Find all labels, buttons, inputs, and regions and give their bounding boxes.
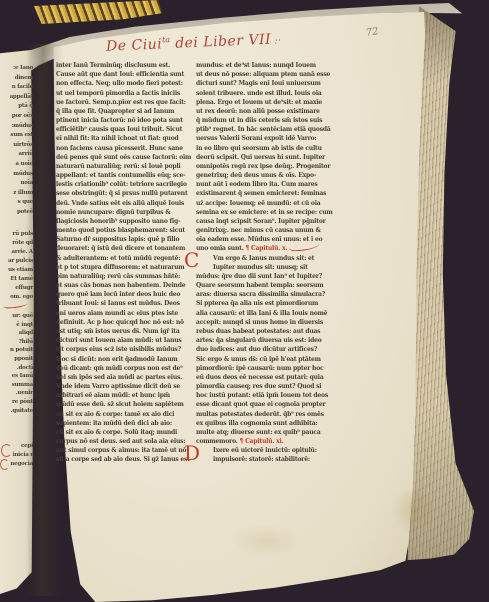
text-line: Si ppterea q̄a alia uis est pīmordiorum xyxy=(196,299,340,308)
text-line: uno omīa sunt. ¶ Capitulū. x. xyxy=(196,244,340,253)
text-line: corpus nō est deus. sed aut sola aīa eiu… xyxy=(56,437,196,446)
fragment-line: rōte qd xyxy=(0,239,33,248)
fragment-line: re pōnt xyxy=(0,398,33,407)
text-line: ut uel temporū pīmordia a factis iniciis xyxy=(56,89,196,98)
text-line: deorū scīpsit. Qui uersus hi sunt. Iupit… xyxy=(196,153,340,162)
fragment-line: ur: quē xyxy=(0,312,33,321)
text-line: enī ueros aīam mundi ac eius ptes iste xyxy=(56,309,196,318)
fragment-line: cepi xyxy=(0,442,33,451)
fragment-line: om. ego xyxy=(0,293,33,302)
text-line: Saturno dr̄ suppositus lapis: quē p fili… xyxy=(56,235,196,244)
text-line: inter Ianū Terminūq; disclusum est. xyxy=(56,61,196,70)
text-line: pīmordia causeq; res due sunt? Quod si xyxy=(196,382,340,391)
chapter-rubric: ¶ Capitulū. xi. xyxy=(240,438,284,445)
text-line: eū duos deos eē necesse est putari: quia xyxy=(196,373,340,382)
text-line: plena. Ergo et Iouem ut de⁹sit: et maxīe xyxy=(196,98,340,107)
text-line: aut simul corpus & aīmus: ita tamē ut nō xyxy=(56,446,196,455)
text-line: solent tribuere. unde est illud. Iouis o… xyxy=(196,89,340,98)
text-line: est utiq; sm̄ istos uerus ds̄. Num igr̄ … xyxy=(56,327,196,336)
text-line: dicturi sunt? Magis enī Ioui uniuersum xyxy=(196,79,340,88)
text-line: flagiciosis honorib⁹ supposito uano fig- xyxy=(56,217,196,226)
text-line: mūdus: q̄re duo dii sunt Ian⁹ et Iupiter… xyxy=(196,272,340,281)
fragment-line: aliqd xyxy=(0,329,33,338)
text-line: naturarū naturaliūq; rerū: si Iouē popli xyxy=(56,162,196,171)
fragment-line: uirtrōs xyxy=(0,141,33,151)
fragment-line: mūdus: xyxy=(0,122,33,132)
text-line: Cause aūt que dant Ioui: efficientia sun… xyxy=(56,70,196,79)
text-line: Sic ergo & unus ds̄: cū ipē h'eat ptātem xyxy=(196,355,340,364)
fragment-line: es Ianū xyxy=(0,372,33,381)
fragment-line: noīa xyxy=(0,179,33,189)
page-stain xyxy=(232,524,302,558)
text-line: tribuant Ioui: si Ianus est mūdus. Deos xyxy=(56,299,196,308)
text-line: ptib⁹ regnet. In hāc sentēciam etiā quos… xyxy=(196,125,340,134)
rubricated-initial-d: D xyxy=(184,444,200,462)
fragment-line: pponit xyxy=(0,355,33,364)
text-line: esse dicant quot quae ei cognoīa propter xyxy=(196,400,340,409)
book-photo: e Iano:dinemn facileappellātptā q̄por oē… xyxy=(0,0,489,602)
text-line: cū sit ex aīo & corpe. Solū itaq; mundi xyxy=(56,428,196,437)
text-line: lestis crīationib⁹ colūt: tetriore sacri… xyxy=(56,180,196,189)
fragment-line: uenir. xyxy=(0,389,33,398)
text-line: in eo libro qui seorsum ab istis de cult… xyxy=(196,144,340,153)
text-line: non faciens causa pīcesserit. Hunc sane xyxy=(56,144,196,153)
text-line: multe atq; diuerse sunt: ex quib⁹ pauca xyxy=(196,428,340,437)
fragment-line: mūdus xyxy=(0,170,33,180)
text-line: pīmordiorū: ipē causarū: num ppter hoc xyxy=(196,364,340,373)
text-line: genetrixq; deū deus unus & oīs. Expo- xyxy=(196,171,340,180)
text-line: eī nihil fit: ita nihil īchoat ut fiat: … xyxy=(56,134,196,143)
text-line: deū. Vnde satius eēt eis aliū aliquē Io… xyxy=(56,199,196,208)
text-line: accepit: nunqd si unus homo in diuersis xyxy=(196,318,340,327)
text-line: arbitrari eē aīam mūdi: et hunc ipm̄ xyxy=(56,391,196,400)
fragment-group: ur: quēē inqtaliqdhilū?n potuitpponitdoc… xyxy=(0,312,34,415)
text-line: efficiētib⁹ causis quas Ioui tribuit. Si… xyxy=(56,125,196,134)
text-line: ptinent inicia factorū: nō ideo pota sun… xyxy=(56,116,196,125)
fragment-line: summa xyxy=(0,381,33,390)
text-line: duo iudices: aut duo dicūtur artifices? xyxy=(196,345,340,354)
red-flourish xyxy=(289,244,319,252)
fragment-line: effugr xyxy=(0,284,33,293)
fragment-line: us etiam xyxy=(0,266,33,275)
text-line: nomīe nuncupare: dignū turpibus & xyxy=(56,208,196,217)
text-column-left: inter Ianū Terminūq; disclusum est.Cause… xyxy=(56,61,196,465)
text-segment: uno omīa sunt. xyxy=(196,245,245,252)
text-line: ue factorū. Semp.n.pīor est res que faci… xyxy=(56,98,196,107)
headband xyxy=(34,0,162,24)
text-line: mundus: et de⁹st Ianus: nunqd Iouem xyxy=(196,61,340,70)
fragment-line: e Iano: xyxy=(0,64,33,74)
header-title-flourish: :· xyxy=(271,36,282,46)
text-line: causa inqt scīpsit Soran⁹. Iupiter pḡni… xyxy=(196,217,340,226)
text-line: genitrixq;. nec minus cū causa unum & xyxy=(196,226,340,235)
text-line: Quare seorsum habent templa: seorsum xyxy=(196,281,340,290)
fragment-line: arrie. A xyxy=(0,248,33,257)
text-line: q̄ mūdum ut in diis ceteris sm̄ istos su… xyxy=(196,116,340,125)
text-line: sit corpus eius scz̄ iste uisibilis mūdu… xyxy=(56,345,196,354)
chapter-rubric: ¶ Capitulū. x. xyxy=(245,245,287,252)
text-line: Hoc si dicūt: non erit q̄admodū Ianum xyxy=(56,355,196,364)
text-line: et suas cās bonas non habentem. Deinde xyxy=(56,281,196,290)
text-line: dicturi sunt Iouem aīam mūdi: ut Ianus xyxy=(56,336,196,345)
text-line: omnipotēs regū rex ipse deūq;. Progenito… xyxy=(196,162,340,171)
fragment-line: quitate. xyxy=(0,407,33,416)
text-line: impulsorē: statorē: stabilitorē: xyxy=(196,455,340,464)
folio-number: 72 xyxy=(365,26,379,39)
text-line: definiuit. Ac p hoc quicqd hoc nō est: n… xyxy=(56,318,196,327)
fragment-line: s que xyxy=(0,198,33,208)
fragment-group: rū pulsrōte qdarrie. Aar pulcisus etiamE… xyxy=(0,230,34,302)
fragment-group: cepiinicia rnegocia xyxy=(0,442,34,469)
text-line: semina ex se emictere: et in se recipe: … xyxy=(196,208,340,217)
text-line: aras: diuersa sacra dissimilia simulacra… xyxy=(196,290,340,299)
rubricated-initial-c: C xyxy=(184,251,199,269)
text-line: hoc iustū putant: etiā ipm̄ Iouem tot de… xyxy=(196,391,340,400)
fragment-line: negocia xyxy=(0,460,33,469)
fragment-line: poteē xyxy=(0,208,33,218)
text-line: uersus Valerii Sorani expoīt idē Varro: xyxy=(196,134,340,143)
text-column-right: mundus: et de⁹st Ianus: nunqd Iouemut de… xyxy=(196,61,340,465)
text-line: et p tot stupra diffusorem: et naturarum xyxy=(56,263,196,272)
fragment-line: ar pulcis xyxy=(0,257,33,266)
text-line: q̄ illa que fit. Quapropter si ad Ianum xyxy=(56,107,196,116)
fragment-line: dinem xyxy=(0,74,33,84)
fragment-line: a noīe xyxy=(0,160,33,170)
fragment-line: n facile xyxy=(0,83,33,93)
text-line: Vnde idem Varro aptissime dicit deū se xyxy=(56,382,196,391)
text-line: sese obstringūt: q̄ si prsus nullū putar… xyxy=(56,189,196,198)
text-line: ut rex deorū: non aliū posse existimare xyxy=(196,107,340,116)
text-line: cū sit ex aīo & corpe: tamē ex aīo dici xyxy=(56,410,196,419)
fragment-line: Et tamē xyxy=(0,275,33,284)
text-line: ex quibus illa cognomīa sunt adhibita: xyxy=(196,419,340,428)
fragment-line: rū puls xyxy=(0,230,33,239)
fragment-line: doctī. xyxy=(0,364,33,373)
fragment-line: arriū xyxy=(0,150,33,160)
fragment-line: inicia r xyxy=(0,451,33,460)
text-line: non effecta. Neq; ullo modo fieri potest… xyxy=(56,79,196,88)
facing-page-fragments: e Iano:dinemn facileappellātptā q̄por oē… xyxy=(0,0,34,602)
fragment-group: e Iano:dinemn facileappellātptā q̄por oē… xyxy=(0,64,34,218)
fragment-line: ē inqt xyxy=(0,321,33,330)
text-line: rebus duas habeat potestates: aut duas xyxy=(196,327,340,336)
text-line: appellant: et tantis contumeliis eūq; sc… xyxy=(56,171,196,180)
text-line: alia causarū: et illa Iani & illa Iouis … xyxy=(196,309,340,318)
text-line: uz̄ accipe: Iouemq; eē mundū: et cū oīa xyxy=(196,199,340,208)
fragment-line: n potuit xyxy=(0,346,33,355)
fragment-line: por oēs xyxy=(0,112,33,122)
fragment-line: z illum xyxy=(0,189,33,199)
text-line: mūdū esse deū. sz̄ sicut hoīem sapiētem xyxy=(56,400,196,409)
text-line: quero quē iam locū inter deos huic deo xyxy=(56,290,196,299)
text-line: deū dicant: qm̄ mūdi corpus non est de⁹ xyxy=(56,364,196,373)
text-line: oīm naturaliūq; rerū cās summas hn̄tē: xyxy=(56,272,196,281)
fragment-line: sum est xyxy=(0,131,33,141)
fragment-line: appellāt xyxy=(0,93,33,103)
text-line: commemoro. ¶ Capitulū. xi. xyxy=(196,437,340,446)
text-line: & adulterantem: et totū mūdū regentē: xyxy=(56,254,196,263)
text-segment: commemoro. xyxy=(196,438,240,445)
text-line: Iupiter mundus sit: unusq; sit xyxy=(196,263,340,272)
text-line: uel sm̄ ipōs sed aīa mūdi ac partes eius… xyxy=(56,373,196,382)
text-line: mento quod potius blasphemarent: sicut xyxy=(56,226,196,235)
text-line: existimarent q̄ semen emicteret: feminas xyxy=(196,189,340,198)
text-line: multas potestates dederūt. q̄b⁹ res omēs xyxy=(196,410,340,419)
fragment-line: ptā q̄ xyxy=(0,102,33,112)
header-title-prefix: De Ciui xyxy=(106,36,163,54)
fragment-line: hilū? xyxy=(0,338,33,347)
text-line: sapientem: ita mūdū deū dici ab aīo: xyxy=(56,419,196,428)
text-line: deū penes quē sunt oēs cause factorū: oī… xyxy=(56,153,196,162)
red-squiggle xyxy=(3,301,27,309)
text-line: deuoraret: q̄ istū deū dicere et tonante… xyxy=(56,244,196,253)
text-line: artes: q̄a singularū diuersa uis est: id… xyxy=(196,336,340,345)
text-line: ut deus nō posse: aliquam ptem uanā esse xyxy=(196,70,340,79)
text-line: Ixere eū uictorē inuictū: opitulū: xyxy=(196,446,340,455)
text-line: Vm ergo & Ianus mundus sit: et xyxy=(196,254,340,263)
text-line: nunt aūt ī eodem libro ita. Cum mares xyxy=(196,180,340,189)
text-line: sit a corpe sed ab aīo deus. Si gz̄ Ianu… xyxy=(56,455,196,464)
page-stain xyxy=(392,486,438,534)
